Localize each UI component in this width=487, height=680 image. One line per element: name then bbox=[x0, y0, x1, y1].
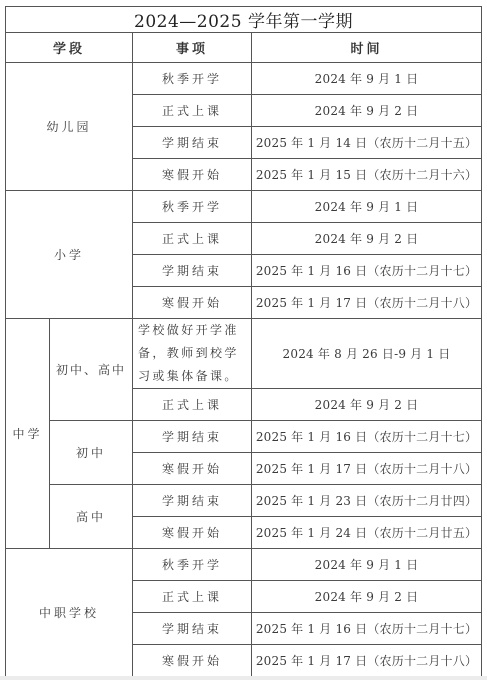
item-cell: 正式上课 bbox=[133, 389, 252, 421]
stage-kindergarten: 幼儿园 bbox=[6, 63, 133, 191]
table-title: 2024—2025 学年第一学期 bbox=[6, 7, 482, 33]
time-cell: 2025 年 1 月 17 日（农历十二月十八） bbox=[252, 453, 482, 485]
item-cell: 寒假开始 bbox=[133, 645, 252, 677]
item-cell: 学期结束 bbox=[133, 485, 252, 517]
table-row: 初中 学期结束 2025 年 1 月 16 日（农历十二月十七） bbox=[6, 421, 482, 453]
item-cell: 学期结束 bbox=[133, 421, 252, 453]
item-cell: 寒假开始 bbox=[133, 517, 252, 549]
item-cell: 秋季开学 bbox=[133, 63, 252, 95]
item-cell: 学校做好开学准备，教师到校学习或集体备课。 bbox=[133, 319, 252, 389]
time-cell: 2024 年 8 月 26 日-9 月 1 日 bbox=[252, 319, 482, 389]
sub-stage-senior: 高中 bbox=[50, 485, 133, 549]
time-cell: 2024 年 9 月 2 日 bbox=[252, 581, 482, 613]
time-cell: 2025 年 1 月 24 日（农历十二月廿五） bbox=[252, 517, 482, 549]
item-cell: 正式上课 bbox=[133, 223, 252, 255]
time-cell: 2025 年 1 月 14 日（农历十二月十五） bbox=[252, 127, 482, 159]
time-cell: 2025 年 1 月 15 日（农历十二月十六） bbox=[252, 159, 482, 191]
time-cell: 2024 年 9 月 1 日 bbox=[252, 549, 482, 581]
time-cell: 2024 年 9 月 2 日 bbox=[252, 95, 482, 127]
school-calendar-table: 2024—2025 学年第一学期 学段 事项 时间 幼儿园 秋季开学 2024 … bbox=[5, 6, 482, 677]
header-item: 事项 bbox=[133, 33, 252, 63]
item-cell: 学期结束 bbox=[133, 255, 252, 287]
time-cell: 2025 年 1 月 16 日（农历十二月十七） bbox=[252, 613, 482, 645]
time-cell: 2024 年 9 月 2 日 bbox=[252, 389, 482, 421]
item-cell: 学期结束 bbox=[133, 613, 252, 645]
time-cell: 2025 年 1 月 17 日（农历十二月十八） bbox=[252, 287, 482, 319]
time-cell: 2025 年 1 月 16 日（农历十二月十七） bbox=[252, 255, 482, 287]
item-cell: 秋季开学 bbox=[133, 191, 252, 223]
header-stage: 学段 bbox=[6, 33, 133, 63]
stage-middle-school: 中学 bbox=[6, 319, 50, 549]
stage-vocational: 中职学校 bbox=[6, 549, 133, 677]
time-cell: 2025 年 1 月 16 日（农历十二月十七） bbox=[252, 421, 482, 453]
item-cell: 寒假开始 bbox=[133, 287, 252, 319]
table-row: 中职学校 秋季开学 2024 年 9 月 1 日 bbox=[6, 549, 482, 581]
table-row: 小学 秋季开学 2024 年 9 月 1 日 bbox=[6, 191, 482, 223]
table-row: 高中 学期结束 2025 年 1 月 23 日（农历十二月廿四） bbox=[6, 485, 482, 517]
stage-primary: 小学 bbox=[6, 191, 133, 319]
item-cell: 寒假开始 bbox=[133, 453, 252, 485]
time-cell: 2024 年 9 月 2 日 bbox=[252, 223, 482, 255]
item-cell: 正式上课 bbox=[133, 581, 252, 613]
page-bottom-edge bbox=[0, 676, 487, 680]
title-row: 2024—2025 学年第一学期 bbox=[6, 7, 482, 33]
table-row: 幼儿园 秋季开学 2024 年 9 月 1 日 bbox=[6, 63, 482, 95]
table-row: 中学 初中、高中 学校做好开学准备，教师到校学习或集体备课。 2024 年 8 … bbox=[6, 319, 482, 389]
time-cell: 2025 年 1 月 23 日（农历十二月廿四） bbox=[252, 485, 482, 517]
item-cell: 正式上课 bbox=[133, 95, 252, 127]
sub-stage-junior: 初中 bbox=[50, 421, 133, 485]
document-page: 2024—2025 学年第一学期 学段 事项 时间 幼儿园 秋季开学 2024 … bbox=[0, 0, 487, 676]
header-time: 时间 bbox=[252, 33, 482, 63]
item-cell: 秋季开学 bbox=[133, 549, 252, 581]
time-cell: 2025 年 1 月 17 日（农历十二月十八） bbox=[252, 645, 482, 677]
item-cell: 学期结束 bbox=[133, 127, 252, 159]
sub-stage-junior-senior: 初中、高中 bbox=[50, 319, 133, 421]
time-cell: 2024 年 9 月 1 日 bbox=[252, 63, 482, 95]
time-cell: 2024 年 9 月 1 日 bbox=[252, 191, 482, 223]
header-row: 学段 事项 时间 bbox=[6, 33, 482, 63]
item-cell: 寒假开始 bbox=[133, 159, 252, 191]
